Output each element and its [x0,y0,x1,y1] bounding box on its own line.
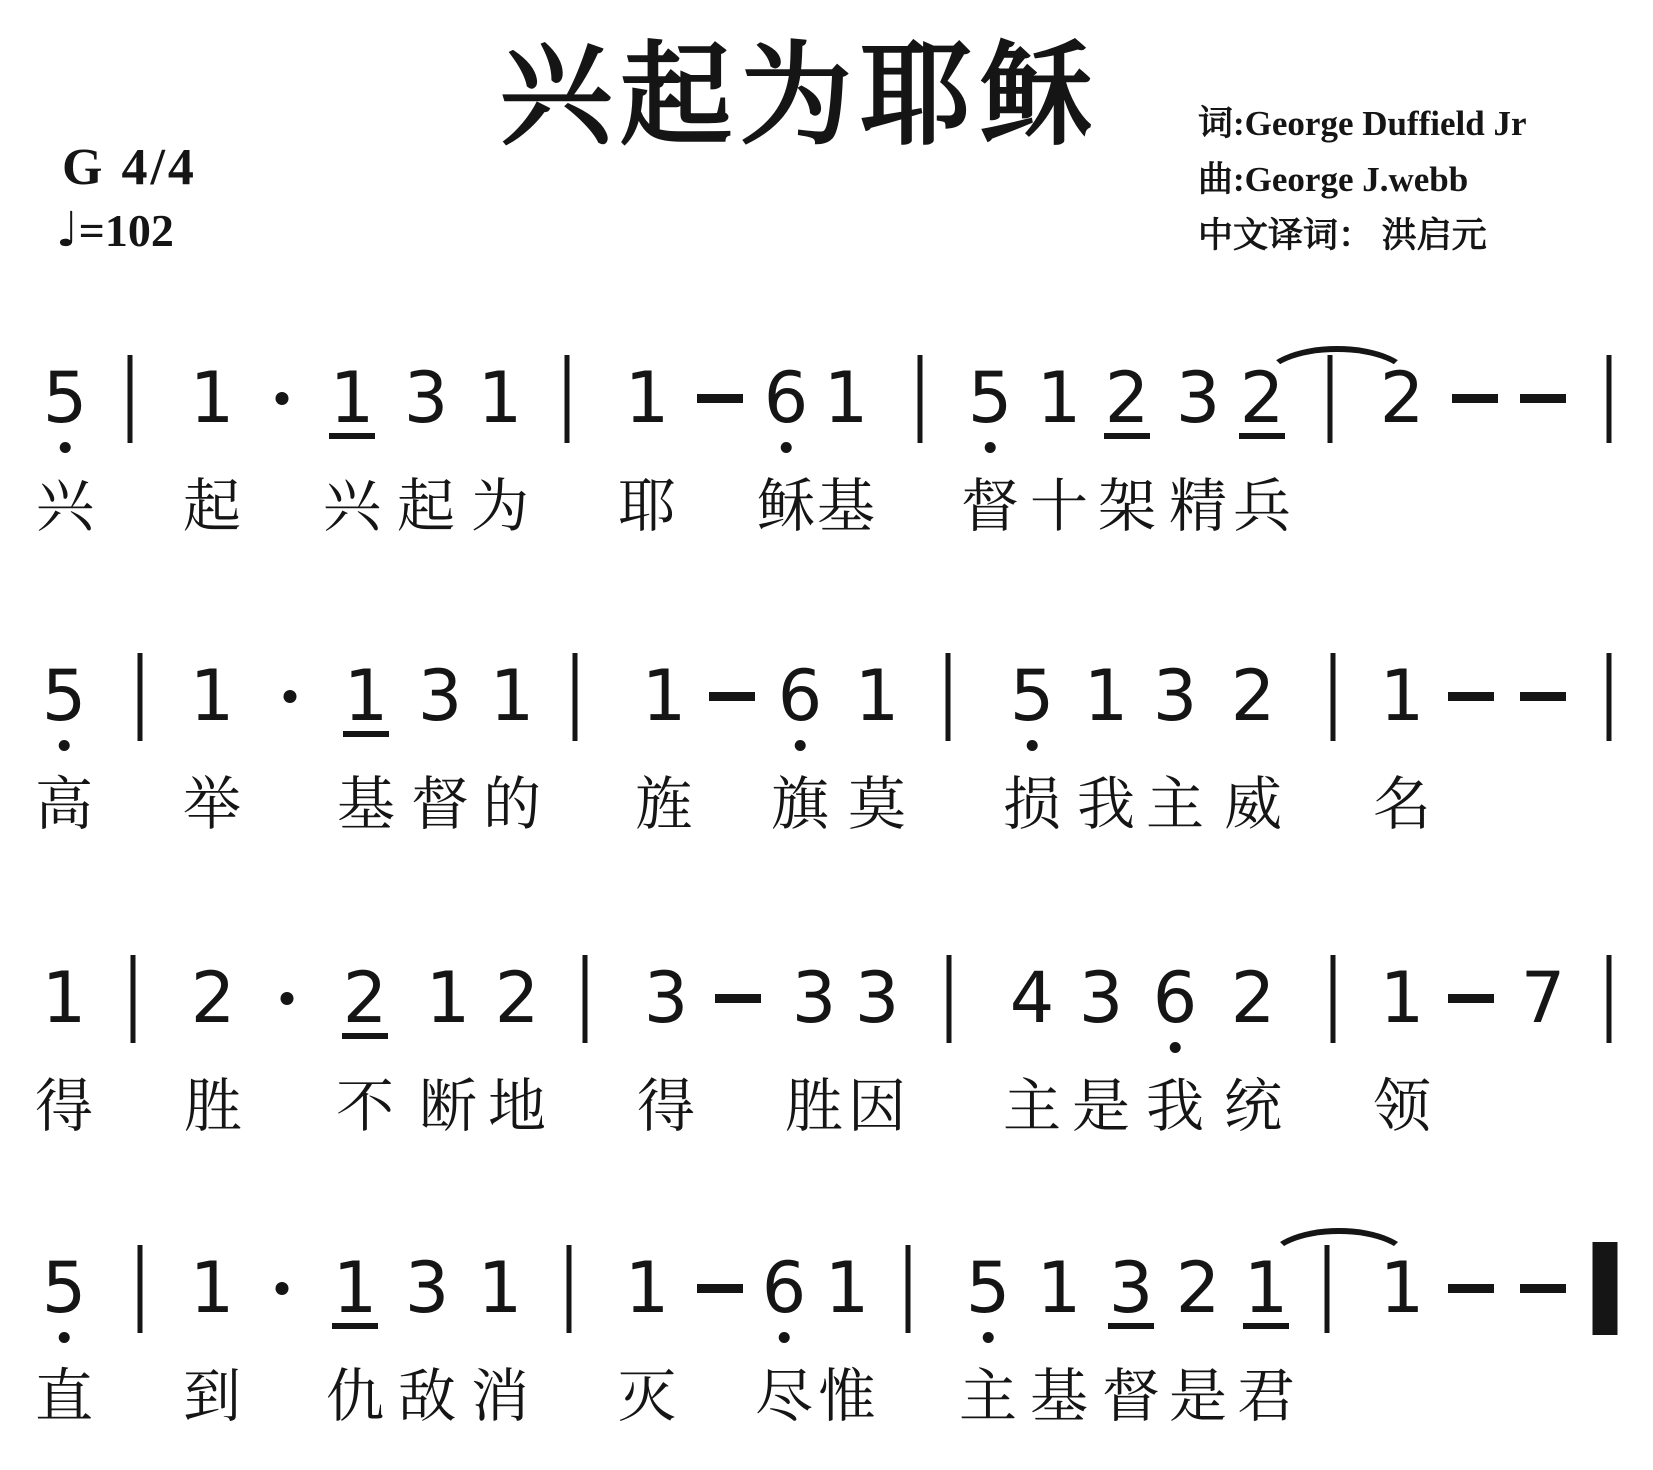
low-octave-dot [778,1332,789,1343]
lyric-char: 莫 [848,772,906,836]
lyric-char: 我 [1077,772,1135,836]
key-time-signature: G 4/4 [62,138,197,197]
lyric-char: 不 [336,1074,394,1138]
lyric-char: 举 [183,772,241,836]
bar-line [138,1245,143,1333]
note-digit: 1 [478,361,523,435]
lyric-char: 尽 [755,1364,813,1428]
note-1: 1 [824,361,869,435]
final-bar-line [1593,1242,1618,1335]
note-2: 2 [1231,961,1276,1035]
note-digit: 1 [855,659,900,733]
note-2: 2 [495,961,540,1035]
note-5: 5 [968,361,1013,453]
note-digit: 1 [190,1251,235,1325]
duration-dash [1520,692,1566,701]
lyric-char: 主 [1146,772,1204,836]
lyric-char: 主 [959,1364,1017,1428]
bar-line [138,653,143,741]
lyric-char: 胜 [184,1074,242,1138]
lyric-char: 断 [419,1074,477,1138]
lyric-char: 稣 [757,474,815,538]
lyric-char: 惟 [818,1364,876,1428]
note-3: 3 [1108,1251,1154,1329]
note-digit: 1 [1380,1251,1425,1325]
note-1: 1 [1037,361,1082,435]
lyric-char: 直 [35,1364,93,1428]
note-1: 1 [332,1251,378,1329]
note-6: 6 [762,1251,807,1343]
sheet-music-page: 兴起为耶稣 G 4/4 ♩=102 词:George Duffield Jr 曲… [0,0,1653,1470]
note-digit: 2 [191,961,236,1035]
note-2: 2 [1231,659,1276,733]
lyric-char: 督 [411,772,469,836]
low-octave-dot [1169,1042,1180,1053]
note-digit: 2 [1176,1251,1221,1325]
note-6: 6 [764,361,809,453]
low-octave-dot [984,442,995,453]
duration-dash [1448,1284,1494,1293]
note-5: 5 [43,361,88,453]
note-digit: 3 [792,961,837,1035]
note-digit: 1 [1380,659,1425,733]
low-octave-dot [982,1332,993,1343]
duration-dash [697,1284,743,1293]
note-1: 1 [190,1251,235,1325]
lyric-char: 得 [637,1074,695,1138]
note-1: 1 [426,961,471,1035]
lyric-char: 是 [1072,1074,1130,1138]
note-3: 3 [418,659,463,733]
note-3: 3 [792,961,837,1035]
tie-arc [1266,1228,1412,1262]
note-1: 1 [42,961,87,1035]
bar-line [128,355,133,443]
note-6: 6 [1153,961,1198,1053]
note-1: 1 [855,659,900,733]
note-1: 1 [625,1251,670,1325]
duration-dash [709,692,755,701]
note-2: 2 [342,961,388,1039]
lyric-char: 因 [848,1074,906,1138]
note-digit: 1 [825,1251,870,1325]
tempo-value: =102 [79,205,174,256]
low-octave-dot [780,442,791,453]
duration-dash [1520,1284,1566,1293]
tempo-marking: ♩=102 [56,202,174,258]
note-2: 2 [1104,361,1150,439]
duration-dash [697,394,743,403]
bar-line [131,955,136,1043]
quarter-note-icon: ♩ [56,202,79,258]
note-3: 3 [1153,659,1198,733]
note-digit: 3 [1079,961,1124,1035]
bar-line [565,355,570,443]
duration-dash [1448,994,1494,1003]
note-digit: 3 [405,1251,450,1325]
lyric-char: 督 [961,474,1019,538]
lyric-char: 名 [1373,772,1431,836]
note-1: 1 [190,659,235,733]
note-digit: 3 [644,961,689,1035]
note-digit: 5 [42,659,87,733]
note-digit: 1 [426,961,471,1035]
note-1: 1 [490,659,535,733]
note-5: 5 [1010,659,1055,751]
bar-line [1331,653,1336,741]
note-digit: 1 [190,361,235,435]
note-digit: 1 [642,659,687,733]
lyric-char: 基 [1030,1364,1088,1428]
note-3: 3 [405,1251,450,1325]
duration-dash [1452,394,1498,403]
tie-arc [1262,346,1412,380]
lyric-char: 我 [1146,1074,1204,1138]
note-digit: 3 [418,659,463,733]
note-3: 3 [404,361,449,435]
lyric-char: 兴 [36,474,94,538]
note-1: 1 [1380,659,1425,733]
note-digit: 1 [478,1251,523,1325]
note-digit: 5 [1010,659,1055,733]
note-digit: 1 [343,659,389,733]
note-1: 1 [1380,961,1425,1035]
note-digit: 6 [762,1251,807,1325]
music-system-4: 5直1到1仇3敌1消1灭6尽1惟5主1基3督2是1君1 [0,1251,1653,1461]
bar-line [1607,355,1612,443]
note-5: 5 [42,659,87,751]
note-digit: 3 [404,361,449,435]
low-octave-dot [58,1332,69,1343]
lyric-char: 架 [1098,474,1156,538]
low-octave-dot [58,740,69,751]
bar-line [583,955,588,1043]
note-digit: 5 [43,361,88,435]
lyric-char: 起 [183,474,241,538]
note-digit: 1 [1037,1251,1082,1325]
music-system-1: 5兴1起1兴3起1为1耶6稣1基5督1十2架3精2兵2 [0,361,1653,571]
note-2: 2 [1176,1251,1221,1325]
note-3: 3 [1176,361,1221,435]
augmentation-dot [281,992,294,1005]
note-1: 1 [343,659,389,737]
lyric-char: 灭 [618,1364,676,1428]
song-title: 兴起为耶稣 [500,6,1100,167]
note-7: 7 [1521,961,1566,1035]
augmentation-dot [276,392,289,405]
note-1: 1 [1084,659,1129,733]
lyric-char: 地 [488,1074,546,1138]
lyric-char: 得 [35,1074,93,1138]
credit-lyricist: 词:George Duffield Jr [1198,96,1527,152]
lyric-char: 兵 [1233,474,1291,538]
bar-line [1607,955,1612,1043]
lyric-char: 是 [1169,1364,1227,1428]
note-digit: 2 [495,961,540,1035]
note-digit: 3 [1153,659,1198,733]
note-1: 1 [1243,1251,1289,1329]
note-digit: 1 [824,361,869,435]
note-digit: 3 [1108,1251,1154,1325]
note-digit: 2 [1104,361,1150,435]
credit-translator: 中文译词： 洪启元 [1198,208,1527,264]
lyric-char: 君 [1237,1364,1295,1428]
note-digit: 1 [1084,659,1129,733]
note-digit: 6 [1153,961,1198,1035]
note-1: 1 [478,361,523,435]
low-octave-dot [794,740,805,751]
lyric-char: 基 [817,474,875,538]
duration-dash [1520,394,1566,403]
lyric-char: 主 [1003,1074,1061,1138]
credits-block: 词:George Duffield Jr 曲:George J.webb 中文译… [1198,96,1527,264]
augmentation-dot [284,690,297,703]
lyric-char: 十 [1030,474,1088,538]
note-digit: 6 [764,361,809,435]
note-digit: 1 [1243,1251,1289,1325]
note-2: 2 [191,961,236,1035]
note-digit: 1 [490,659,535,733]
note-digit: 7 [1521,961,1566,1035]
lyric-char: 精 [1169,474,1227,538]
note-1: 1 [329,361,375,439]
credit-composer: 曲:George J.webb [1198,152,1527,208]
augmentation-dot [276,1282,289,1295]
note-digit: 1 [332,1251,378,1325]
lyric-char: 耶 [618,474,676,538]
bar-line [946,653,951,741]
note-digit: 6 [778,659,823,733]
note-digit: 2 [342,961,388,1035]
note-3: 3 [855,961,900,1035]
lyric-char: 旗 [771,772,829,836]
lyric-char: 到 [183,1364,241,1428]
low-octave-dot [59,442,70,453]
note-digit: 3 [855,961,900,1035]
note-6: 6 [778,659,823,751]
bar-line [906,1245,911,1333]
note-digit: 3 [1176,361,1221,435]
note-digit: 1 [190,659,235,733]
low-octave-dot [1026,740,1037,751]
bar-line [573,653,578,741]
note-digit: 1 [625,1251,670,1325]
note-1: 1 [478,1251,523,1325]
lyric-char: 起 [397,474,455,538]
bar-line [918,355,923,443]
lyric-char: 兴 [323,474,381,538]
bar-line [1331,955,1336,1043]
note-1: 1 [825,1251,870,1325]
lyric-char: 为 [471,474,529,538]
note-digit: 5 [968,361,1013,435]
lyric-char: 督 [1102,1364,1160,1428]
note-digit: 1 [1037,361,1082,435]
note-1: 1 [1380,1251,1425,1325]
lyric-char: 敌 [398,1364,456,1428]
bar-line [1607,653,1612,741]
note-digit: 2 [1231,961,1276,1035]
lyric-char: 胜 [785,1074,843,1138]
note-digit: 2 [1231,659,1276,733]
lyric-char: 基 [337,772,395,836]
bar-line [567,1245,572,1333]
lyric-char: 旌 [635,772,693,836]
duration-dash [715,994,761,1003]
bar-line [947,955,952,1043]
lyric-char: 高 [35,772,93,836]
lyric-char: 统 [1224,1074,1282,1138]
note-digit: 1 [625,361,670,435]
note-digit: 5 [42,1251,87,1325]
note-5: 5 [966,1251,1011,1343]
lyric-char: 领 [1373,1074,1431,1138]
note-3: 3 [644,961,689,1035]
music-system-3: 1得2胜2不1断2地3得3胜3因4主3是6我2统1领7 [0,961,1653,1171]
note-1: 1 [190,361,235,435]
music-system-2: 5高1举1基3督1的1旌6旗1莫5损1我3主2威1名 [0,659,1653,869]
note-digit: 1 [1380,961,1425,1035]
lyric-char: 的 [483,772,541,836]
lyric-char: 仇 [326,1364,384,1428]
note-digit: 1 [42,961,87,1035]
note-1: 1 [642,659,687,733]
note-digit: 1 [329,361,375,435]
note-4: 4 [1010,961,1055,1035]
note-digit: 4 [1010,961,1055,1035]
note-3: 3 [1079,961,1124,1035]
note-5: 5 [42,1251,87,1343]
note-1: 1 [1037,1251,1082,1325]
note-digit: 5 [966,1251,1011,1325]
note-1: 1 [625,361,670,435]
lyric-char: 损 [1003,772,1061,836]
lyric-char: 威 [1224,772,1282,836]
duration-dash [1448,692,1494,701]
lyric-char: 消 [471,1364,529,1428]
